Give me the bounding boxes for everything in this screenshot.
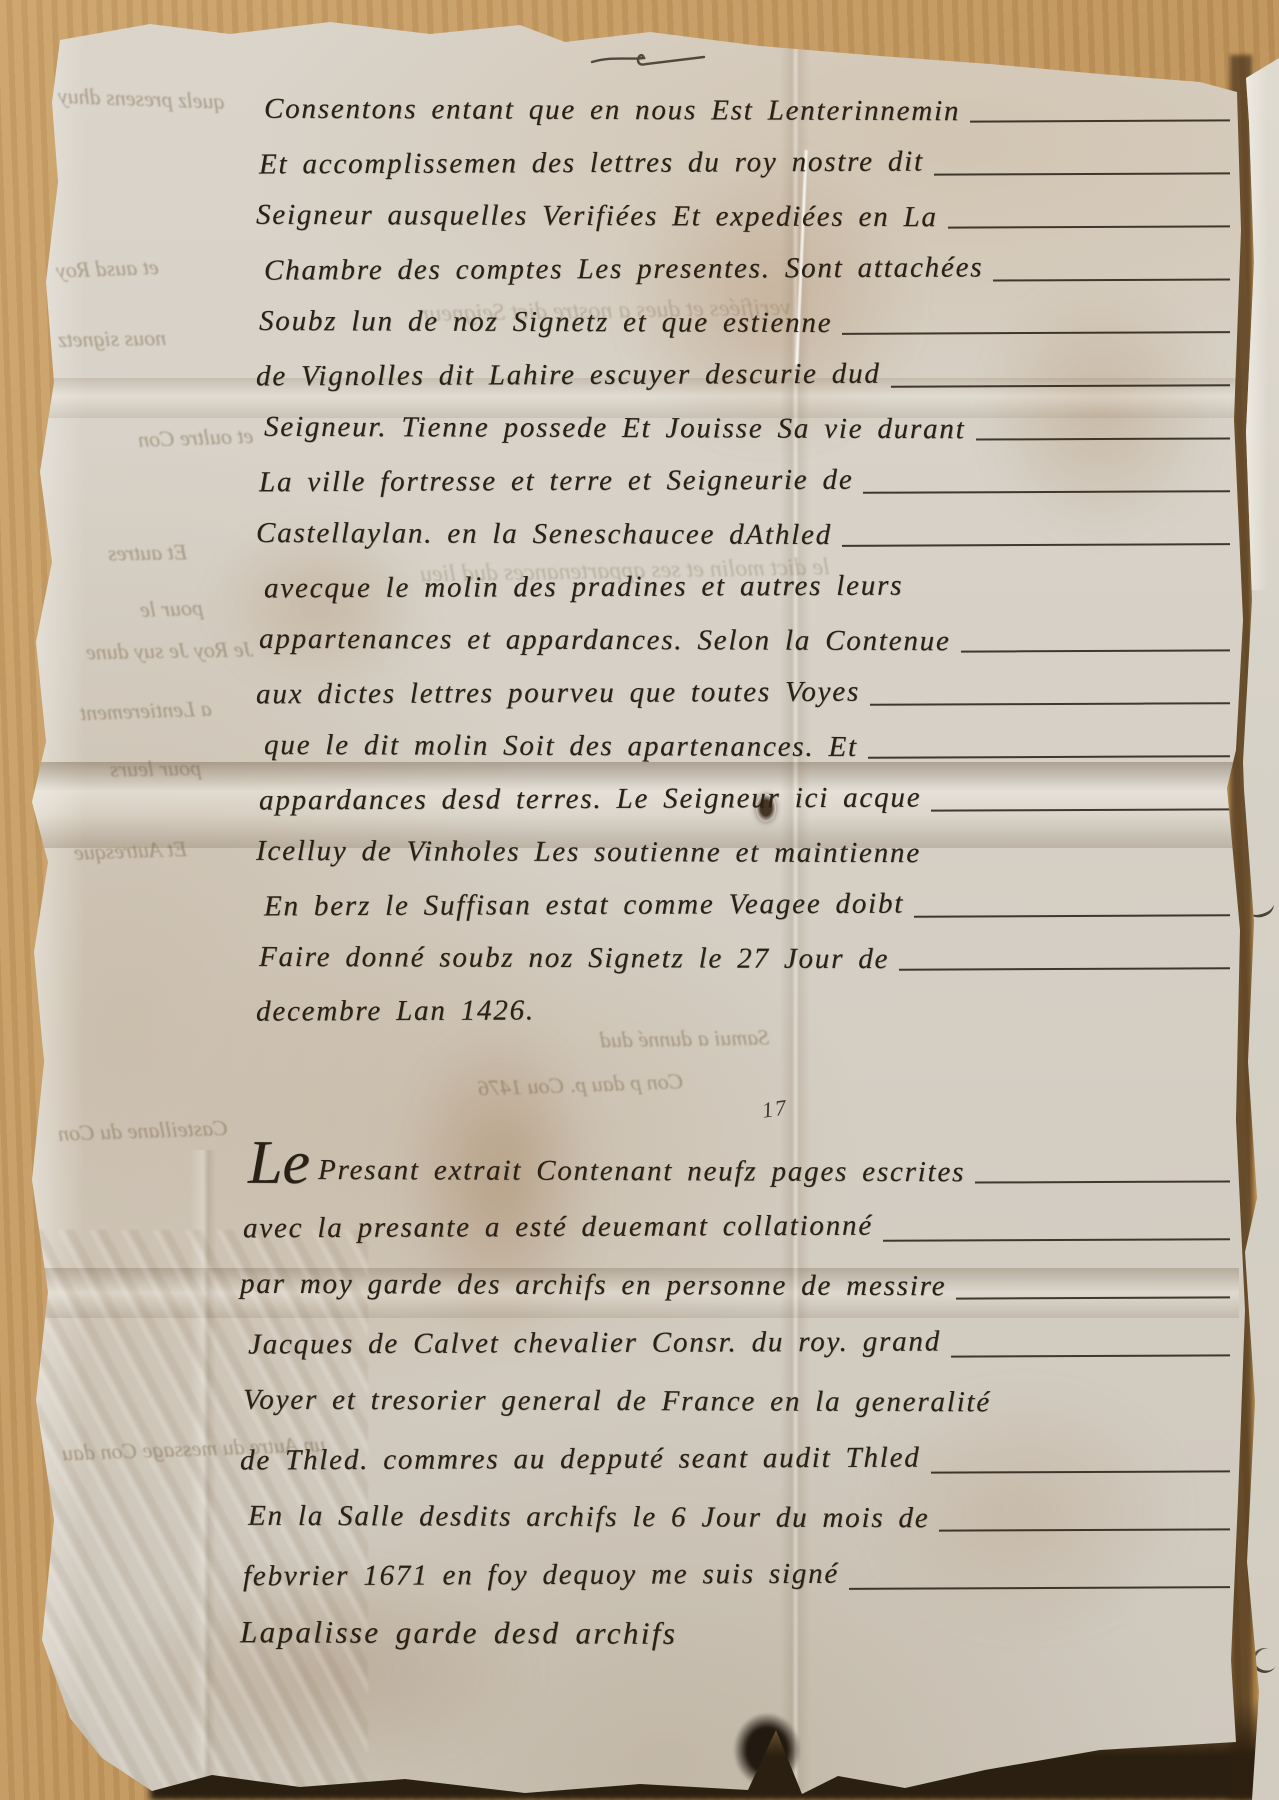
manuscript-line: Chambre des comptes Les presentes. Sont … — [264, 243, 1234, 296]
line-filler-stroke — [976, 437, 1230, 440]
manuscript-line-text: En la Salle desdits archifs le 6 Jour du… — [248, 1487, 930, 1547]
manuscript-line: LePresant extrait Contenant neufz pages … — [248, 1140, 1234, 1198]
bleed-through-fragment: pour le — [140, 595, 204, 623]
line-filler-stroke — [975, 1180, 1230, 1183]
manuscript-line: Seigneur ausquelles Verifiées Et expedié… — [256, 190, 1234, 243]
manuscript-line-text: Consentons entant que en nous Est Lenter… — [264, 83, 960, 138]
line-filler-stroke — [849, 1586, 1230, 1590]
manuscript-sheet: quelz presens dhuy verifiées et dues a n… — [0, 0, 1279, 1800]
manuscript-line: Castellaylan. en la Seneschaucee dAthled — [256, 508, 1234, 561]
line-filler-stroke — [956, 1296, 1230, 1299]
manuscript-line-text: Seigneur ausquelles Verifiées Et expedié… — [256, 189, 938, 244]
manuscript-line: appartenances et appardances. Selon la C… — [259, 614, 1234, 667]
manuscript-line-text: avecque le molin des pradines et autres … — [264, 560, 903, 616]
line-filler-stroke — [842, 543, 1230, 547]
line-filler-stroke — [970, 119, 1230, 122]
manuscript-line: Faire donné soubz noz Signetz le 27 Jour… — [259, 932, 1234, 985]
manuscript-line-text: par moy garde des archifs en personne de… — [240, 1255, 947, 1315]
manuscript-line: de Vignolles dit Lahire escuyer descurie… — [256, 349, 1234, 402]
manuscript-line-text: Lapalisse garde desd archifs — [240, 1603, 677, 1663]
manuscript-line: aux dictes lettres pourveu que toutes Vo… — [256, 667, 1234, 720]
line-filler-stroke — [951, 1354, 1230, 1357]
bleed-through-fragment: Et autres — [108, 539, 188, 566]
manuscript-line: En berz le Suffisan estat comme Veagee d… — [264, 879, 1234, 932]
line-filler-stroke — [993, 278, 1230, 281]
cross-mark-icon — [588, 42, 708, 76]
manuscript-line: Seigneur. Tienne possede Et Jouisse Sa v… — [264, 402, 1234, 455]
manuscript-line: En la Salle desdits archifs le 6 Jour du… — [248, 1488, 1234, 1546]
manuscript-line-text: Chambre des comptes Les presentes. Sont … — [264, 241, 984, 297]
manuscript-line-text: aux dictes lettres pourveu que toutes Vo… — [256, 666, 860, 722]
manuscript-line: Jacques de Calvet chevalier Consr. du ro… — [248, 1314, 1234, 1372]
manuscript-line: Voyer et tresorier general de France en … — [243, 1372, 1234, 1430]
line-filler-stroke — [899, 967, 1230, 970]
line-filler-stroke — [870, 702, 1230, 706]
bleed-through-fragment: a Lentierement — [80, 696, 213, 727]
manuscript-line-text: appardances desd terres. Le Seigneur ici… — [259, 772, 922, 828]
line-filler-stroke — [883, 1238, 1230, 1242]
manuscript-line: de Thled. commres au depputé seant audit… — [240, 1430, 1234, 1488]
manuscript-line-text: Castellaylan. en la Seneschaucee dAthled — [256, 507, 832, 562]
manuscript-line-text: Seigneur. Tienne possede Et Jouisse Sa v… — [264, 401, 966, 456]
manuscript-line-text: appartenances et appardances. Selon la C… — [259, 613, 951, 668]
bleed-through-fragment: Et Autresque — [74, 836, 188, 866]
manuscript-line-text: Icelluy de Vinholes Les soutienne et mai… — [256, 825, 921, 880]
cross-mark — [588, 42, 708, 81]
bleed-through-fragment: pour leurs — [110, 755, 202, 783]
manuscript-line: avec la presante a esté deuemant collati… — [243, 1198, 1234, 1256]
manuscript-line: que le dit molin Soit des apartenances. … — [264, 720, 1234, 773]
manuscript-line-text: que le dit molin Soit des apartenances. … — [264, 719, 858, 774]
line-filler-stroke — [934, 172, 1230, 175]
manuscript-line-text: avec la presante a esté deuemant collati… — [243, 1197, 873, 1258]
manuscript-line-text: Et accomplissemen des lettres du roy nos… — [259, 136, 924, 192]
paragraph-collation-1671: LePresant extrait Contenant neufz pages … — [240, 1140, 1234, 1662]
line-filler-stroke — [961, 649, 1230, 652]
manuscript-line-text: LePresant extrait Contenant neufz pages … — [248, 1139, 965, 1200]
line-filler-stroke — [931, 1470, 1230, 1473]
bleed-through-fragment: Je Roy Je suy dune — [86, 637, 254, 666]
line-filler-stroke — [891, 384, 1230, 387]
manuscript-line-text: de Vignolles dit Lahire escuyer descurie… — [256, 348, 881, 404]
manuscript-line: decembre Lan 1426. — [256, 985, 1234, 1038]
line-filler-stroke — [863, 490, 1230, 494]
manuscript-line-text: Voyer et tresorier general de France en … — [243, 1371, 991, 1432]
manuscript-line: La ville fortresse et terre et Seigneuri… — [259, 455, 1234, 508]
manuscript-line-text: decembre Lan 1426. — [256, 984, 535, 1038]
manuscript-line-text: Soubz lun de noz Signetz et que estienne — [259, 295, 833, 350]
manuscript-line-text: Faire donné soubz noz Signetz le 27 Jour… — [259, 931, 889, 986]
section-number-mark: 17 — [760, 1094, 789, 1123]
manuscript-line: par moy garde des archifs en personne de… — [240, 1256, 1234, 1314]
manuscript-line-text: de Thled. commres au depputé seant audit… — [240, 1429, 921, 1490]
manuscript-line: Icelluy de Vinholes Les soutienne et mai… — [256, 826, 1234, 879]
manuscript-line-text: febvrier 1671 en foy dequoy me suis sign… — [243, 1545, 839, 1606]
bleed-through-fragment: et oultre Con — [138, 423, 254, 453]
manuscript-line: appardances desd terres. Le Seigneur ici… — [259, 773, 1234, 826]
line-filler-stroke — [914, 914, 1230, 917]
manuscript-line-text: Jacques de Calvet chevalier Consr. du ro… — [248, 1312, 941, 1373]
manuscript-line-text: La ville fortresse et terre et Seigneuri… — [259, 454, 854, 510]
manuscript-line-text: En berz le Suffisan estat comme Veagee d… — [264, 878, 904, 934]
bleed-through-fragment: et ausd Roy — [56, 254, 160, 284]
manuscript-line: avecque le molin des pradines et autres … — [264, 561, 1234, 614]
manuscript-line: Et accomplissemen des lettres du roy nos… — [259, 137, 1234, 190]
manuscript-line: Consentons entant que en nous Est Lenter… — [264, 84, 1234, 137]
bleed-through-fragment: Casteillane du Con — [58, 1115, 229, 1147]
bleed-through-fragment: nous signetz — [58, 325, 167, 353]
photo-scene: quelz presens dhuy verifiées et dues a n… — [0, 0, 1279, 1800]
line-filler-stroke — [939, 1528, 1230, 1531]
manuscript-line: Soubz lun de noz Signetz et que estienne — [259, 296, 1234, 349]
line-filler-stroke — [948, 225, 1230, 228]
line-filler-stroke — [868, 755, 1230, 759]
line-filler-stroke — [842, 331, 1230, 335]
manuscript-line: febvrier 1671 en foy dequoy me suis sign… — [243, 1546, 1234, 1604]
line-filler-stroke — [931, 808, 1230, 811]
paragraph-consent-1426: Consentons entant que en nous Est Lenter… — [256, 84, 1234, 1038]
archivist-signature-line: Lapalisse garde desd archifs — [240, 1604, 1234, 1662]
flourished-initial: Le — [248, 1129, 310, 1197]
